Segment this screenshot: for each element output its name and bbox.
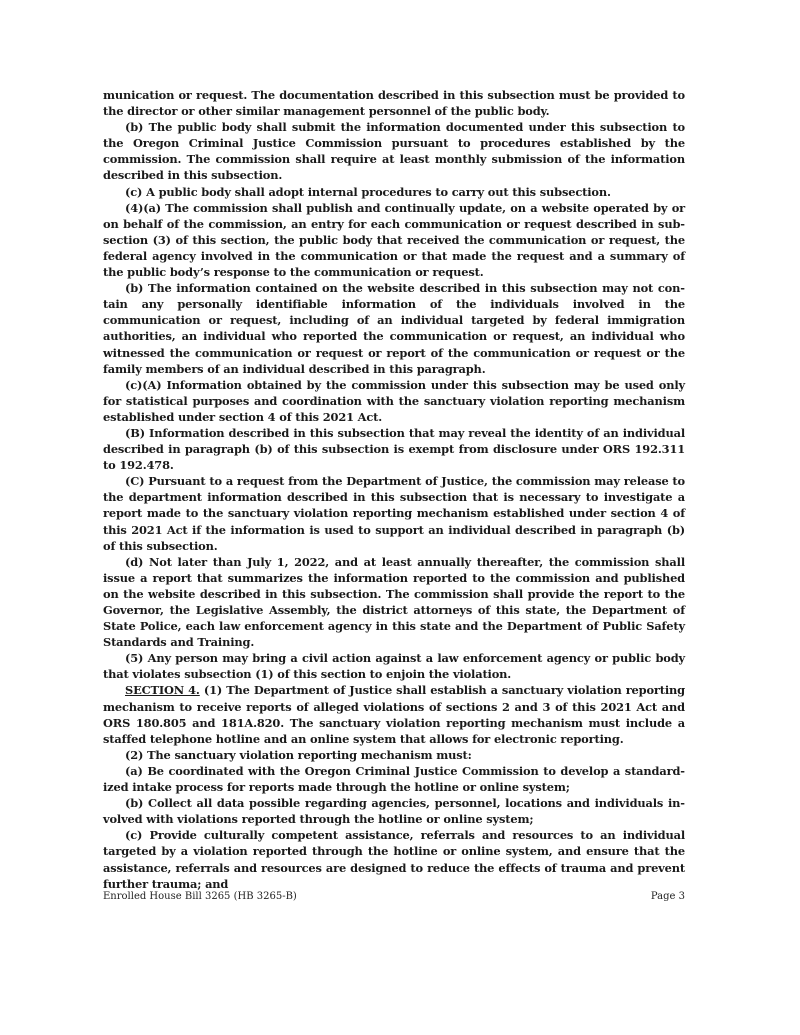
- paragraph: (B) Information described in this subsec…: [103, 425, 685, 473]
- paragraph: (c) A public body shall adopt internal p…: [103, 184, 685, 200]
- paragraph: (c)(A) Information obtained by the commi…: [103, 377, 685, 425]
- paragraph: (b) The information contained on the web…: [103, 280, 685, 377]
- paragraph: (C) Pursuant to a request from the Depar…: [103, 473, 685, 553]
- paragraph: (5) Any person may bring a civil action …: [103, 650, 685, 682]
- paragraph: (b) Collect all data possible regarding …: [103, 795, 685, 827]
- paragraph: (2) The sanctuary violation reporting me…: [103, 747, 685, 763]
- paragraph: (4)(a) The commission shall publish and …: [103, 200, 685, 280]
- document-body: munication or request. The documentation…: [103, 87, 685, 892]
- paragraph: (b) The public body shall submit the inf…: [103, 119, 685, 183]
- section-4-paragraph: SECTION 4. (1) The Department of Justice…: [103, 682, 685, 746]
- paragraph: (d) Not later than July 1, 2022, and at …: [103, 554, 685, 651]
- section-heading: SECTION 4.: [125, 683, 200, 697]
- page-number: Page 3: [651, 891, 685, 902]
- paragraph: (c) Provide culturally competent assista…: [103, 827, 685, 891]
- bill-title: Enrolled House Bill 3265 (HB 3265-B): [103, 891, 297, 902]
- page-footer: Enrolled House Bill 3265 (HB 3265-B) Pag…: [103, 891, 685, 902]
- paragraph: munication or request. The documentation…: [103, 87, 685, 119]
- paragraph: (a) Be coordinated with the Oregon Crimi…: [103, 763, 685, 795]
